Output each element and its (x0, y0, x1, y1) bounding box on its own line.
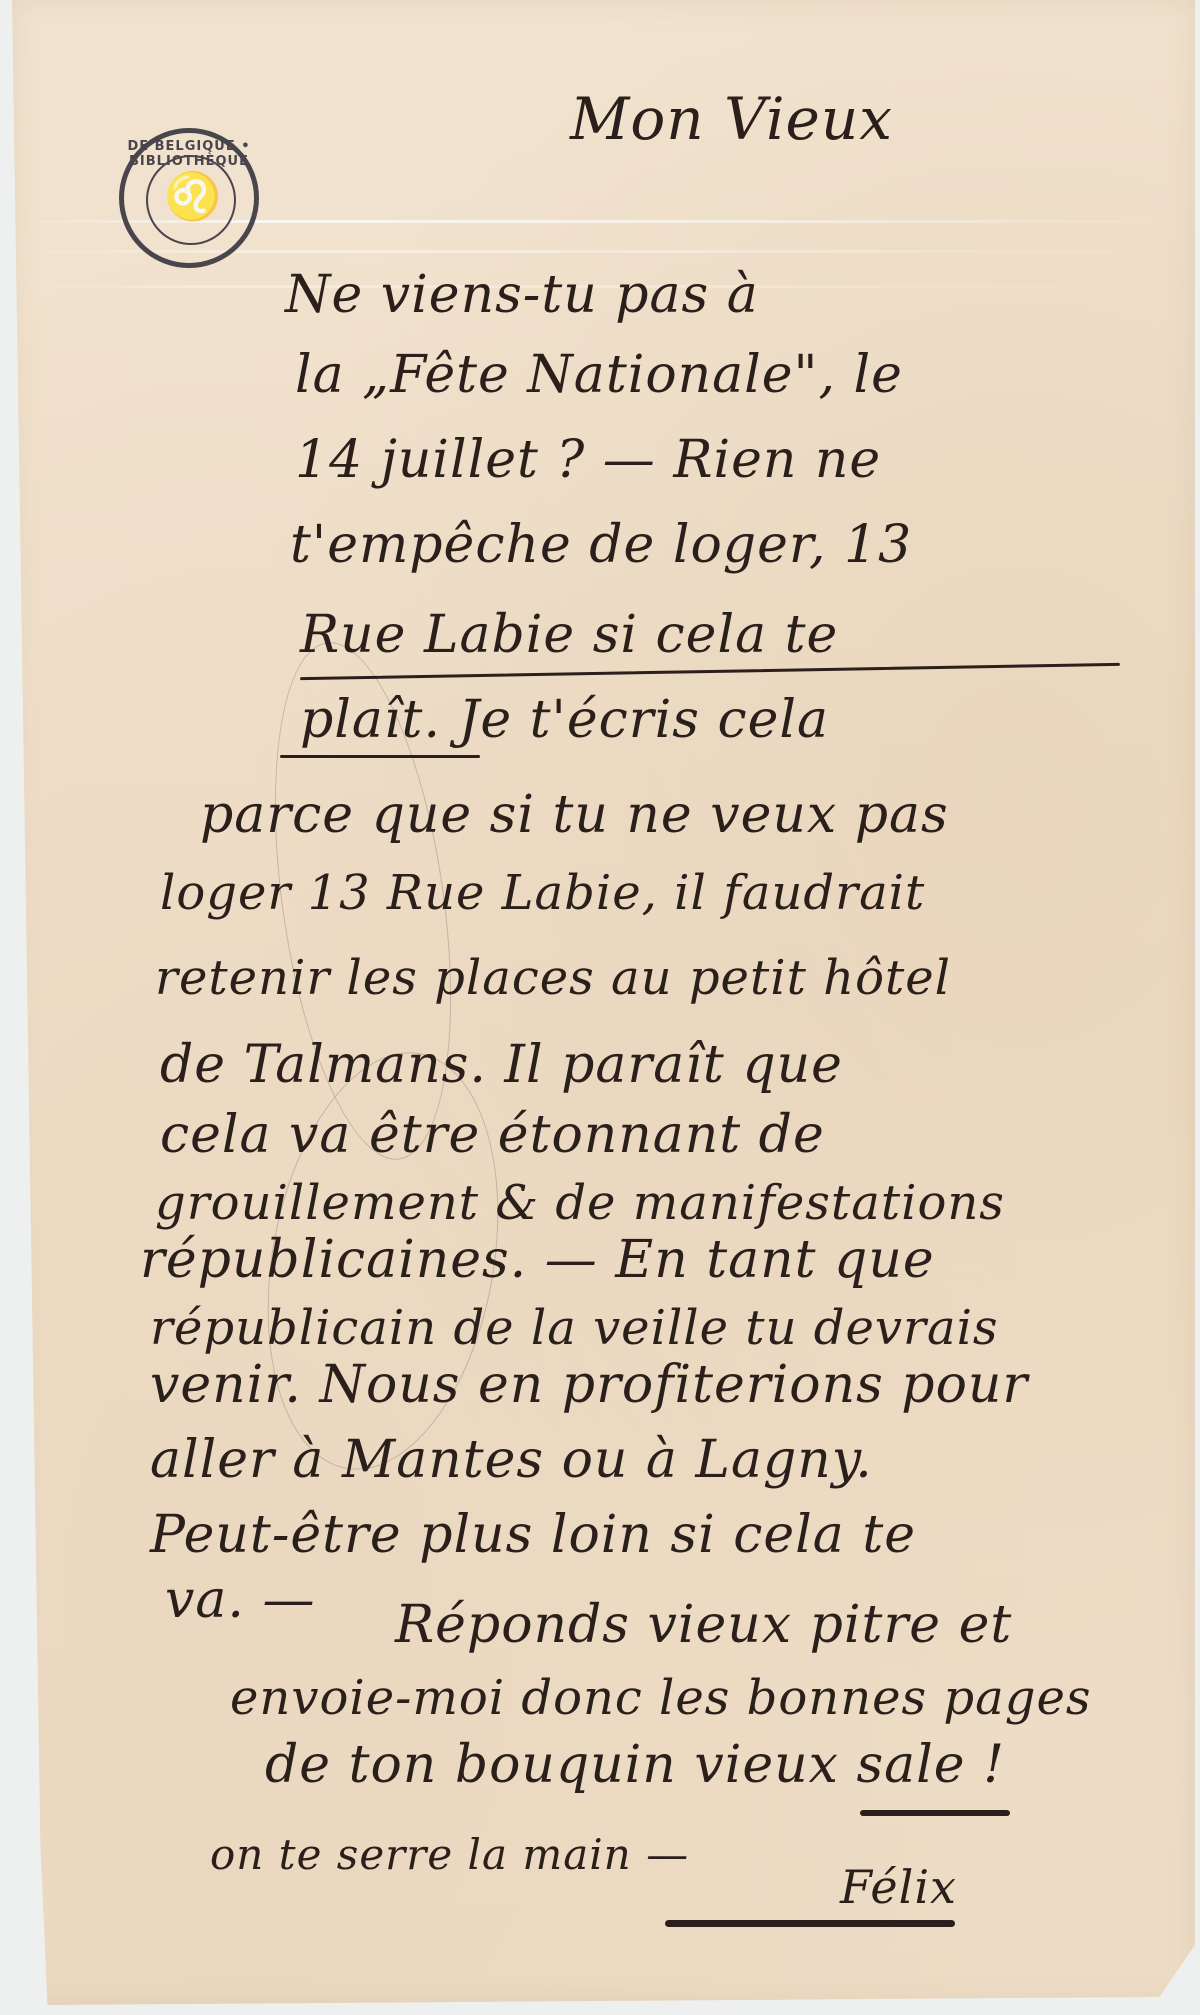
word-underline (280, 755, 480, 758)
letter-line: t'empêche de loger, 13 (290, 515, 912, 575)
salutation: Mon Vieux (570, 85, 893, 153)
signature: Félix (840, 1860, 957, 1914)
letter-line: retenir les places au petit hôtel (155, 950, 951, 1006)
letter-line: Ne viens-tu pas à (285, 265, 759, 325)
letter-line: venir. Nous en profiterions pour (150, 1355, 1028, 1415)
letter-line: plaît. Je t'écris cela (300, 690, 829, 750)
letter-line: cela va être étonnant de (160, 1105, 825, 1165)
letter-line: Peut-être plus loin si cela te (150, 1505, 916, 1565)
stamp-text: DE BELGIQUE • BIBLIOTHÈQUE (124, 139, 254, 169)
letter-line: Rue Labie si cela te (300, 605, 838, 665)
letter-line: grouillement & de manifestations (155, 1175, 1005, 1231)
letter-line: républicain de la veille tu devrais (150, 1300, 999, 1356)
library-stamp: DE BELGIQUE • BIBLIOTHÈQUE ♌ (119, 128, 259, 268)
letter-line: 14 juillet ? — Rien ne (295, 430, 881, 490)
letter-line: va. — (165, 1570, 315, 1630)
signature-flourish-top (860, 1810, 1010, 1816)
letter-line: loger 13 Rue Labie, il faudrait (160, 865, 925, 921)
postscript-line: de ton bouquin vieux sale ! (265, 1735, 1005, 1795)
letter-line: parce que si tu ne veux pas (200, 785, 949, 845)
letter-line: de Talmans. Il paraît que (160, 1035, 843, 1095)
lion-rampant-icon: ♌ (164, 173, 221, 219)
closing: on te serre la main — (210, 1830, 689, 1879)
letter-line: aller à Mantes ou à Lagny. (150, 1430, 873, 1490)
letter-line: la „Fête Nationale", le (295, 345, 903, 405)
signature-flourish (665, 1920, 955, 1927)
letter-line: républicaines. — En tant que (140, 1230, 935, 1290)
postscript-line: Réponds vieux pitre et (395, 1595, 1012, 1655)
postscript-line: envoie-moi donc les bonnes pages (230, 1670, 1092, 1726)
